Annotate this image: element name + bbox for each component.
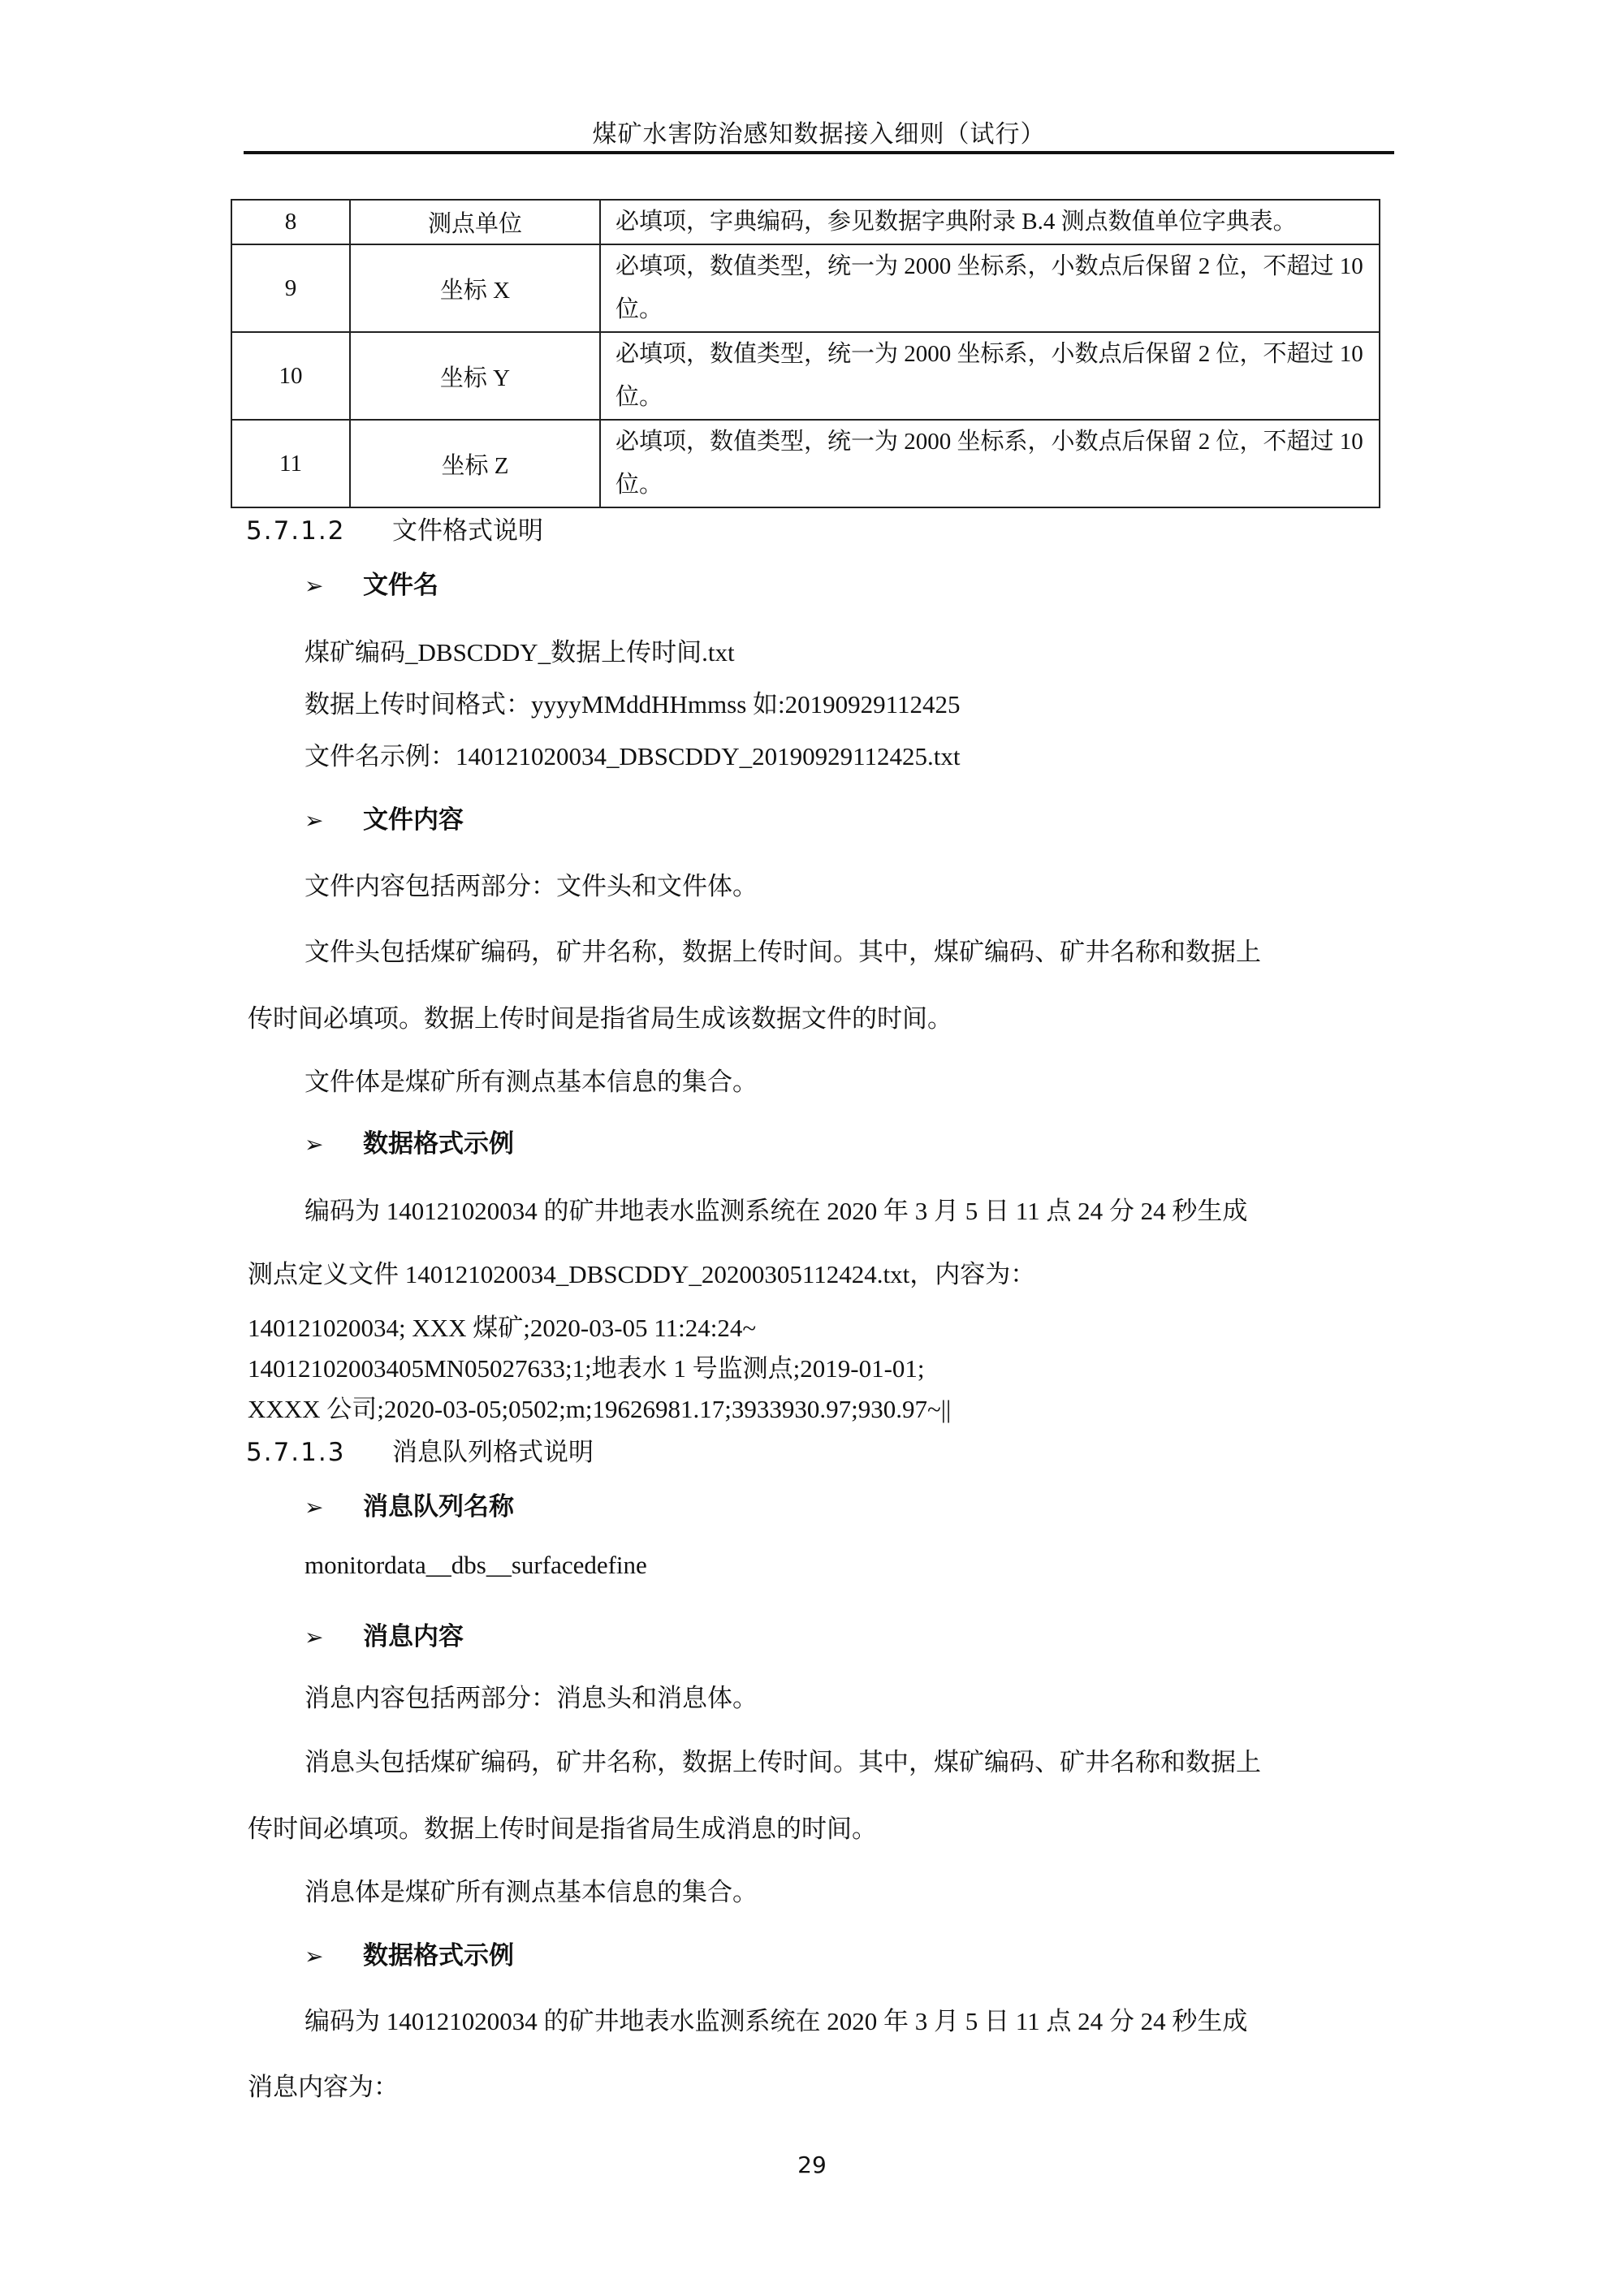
field-name: 坐标 X (350, 244, 600, 332)
paragraph: 编码为 140121020034 的矿井地表水监测系统在 2020 年 3 月 … (304, 2000, 1247, 2037)
paragraph-continuation: 消息内容为： (248, 2066, 399, 2103)
paragraph: 消息内容包括两部分：消息头和消息体。 (304, 1677, 758, 1714)
row-number: 8 (231, 200, 350, 244)
arrow-bullet-icon: ➢ (304, 807, 363, 834)
field-name: 坐标 Z (350, 420, 600, 507)
queue-name-value: monitordata__dbs__surfacedefine (304, 1551, 647, 1580)
field-description: 必填项，数值类型，统一为 2000 坐标系，小数点后保留 2 位，不超过 10 … (600, 244, 1380, 332)
table-row: 8 测点单位 必填项，字典编码，参见数据字典附录 B.4 测点数值单位字典表。 (231, 200, 1380, 244)
table-row: 10 坐标 Y 必填项，数值类型，统一为 2000 坐标系，小数点后保留 2 位… (231, 332, 1380, 420)
subheading-label: 文件内容 (363, 805, 464, 835)
subheading-message-content: ➢消息内容 (304, 1616, 464, 1652)
field-description: 必填项，字典编码，参见数据字典附录 B.4 测点数值单位字典表。 (600, 200, 1380, 244)
section-number: 5.7.1.3 (246, 1438, 392, 1467)
upload-time-format: 数据上传时间格式：yyyyMMddHHmmss 如:20190929112425 (304, 684, 960, 720)
paragraph: 编码为 140121020034 的矿井地表水监测系统在 2020 年 3 月 … (304, 1190, 1247, 1227)
row-number: 10 (231, 332, 350, 420)
field-name: 测点单位 (350, 200, 600, 244)
paragraph-continuation: 测点定义文件 140121020034_DBSCDDY_202003051124… (248, 1254, 1035, 1290)
paragraph-continuation: 传时间必填项。数据上传时间是指省局生成该数据文件的时间。 (248, 998, 952, 1034)
subheading-label: 数据格式示例 (363, 1129, 514, 1159)
subheading-label: 消息内容 (363, 1622, 464, 1651)
arrow-bullet-icon: ➢ (304, 1494, 363, 1521)
subheading-data-example: ➢数据格式示例 (304, 1123, 514, 1159)
code-sample-line: 140121020034; XXX 煤矿;2020-03-05 11:24:24… (248, 1307, 756, 1344)
arrow-bullet-icon: ➢ (304, 1131, 363, 1158)
row-number: 9 (231, 244, 350, 332)
field-description: 必填项，数值类型，统一为 2000 坐标系，小数点后保留 2 位，不超过 10 … (600, 420, 1380, 507)
code-sample-line: 14012102003405MN05027633;1;地表水 1 号监测点;20… (248, 1348, 925, 1384)
subheading-file-content: ➢文件内容 (304, 799, 464, 835)
field-description: 必填项，数值类型，统一为 2000 坐标系，小数点后保留 2 位，不超过 10 … (600, 332, 1380, 420)
subheading-data-example: ➢数据格式示例 (304, 1935, 514, 1971)
arrow-bullet-icon: ➢ (304, 1624, 363, 1651)
field-name: 坐标 Y (350, 332, 600, 420)
arrow-bullet-icon: ➢ (304, 1943, 363, 1970)
section-title: 文件格式说明 (392, 516, 543, 546)
subheading-label: 文件名 (363, 571, 438, 600)
paragraph: 文件头包括煤矿编码，矿井名称，数据上传时间。其中，煤矿编码、矿井名称和数据上 (304, 931, 1261, 968)
filename-pattern: 煤矿编码_DBSCDDY_数据上传时间.txt (304, 632, 735, 668)
section-title: 消息队列格式说明 (392, 1438, 594, 1467)
paragraph: 消息体是煤矿所有测点基本信息的集合。 (304, 1871, 758, 1908)
subheading-filename: ➢文件名 (304, 564, 438, 601)
subheading-queue-name: ➢消息队列名称 (304, 1486, 514, 1522)
page-number: 29 (0, 2151, 1624, 2178)
table-row: 9 坐标 X 必填项，数值类型，统一为 2000 坐标系，小数点后保留 2 位，… (231, 244, 1380, 332)
table-row: 11 坐标 Z 必填项，数值类型，统一为 2000 坐标系，小数点后保留 2 位… (231, 420, 1380, 507)
code-sample-line: XXXX 公司;2020-03-05;0502;m;19626981.17;39… (248, 1388, 951, 1425)
section-heading-5712: 5.7.1.2文件格式说明 (246, 510, 543, 546)
paragraph: 消息头包括煤矿编码，矿井名称，数据上传时间。其中，煤矿编码、矿井名称和数据上 (304, 1741, 1261, 1778)
filename-example: 文件名示例：140121020034_DBSCDDY_2019092911242… (304, 736, 960, 772)
paragraph-continuation: 传时间必填项。数据上传时间是指省局生成消息的时间。 (248, 1808, 877, 1845)
paragraph: 文件内容包括两部分：文件头和文件体。 (304, 865, 758, 902)
section-heading-5713: 5.7.1.3消息队列格式说明 (246, 1431, 594, 1468)
paragraph: 文件体是煤矿所有测点基本信息的集合。 (304, 1061, 758, 1098)
section-number: 5.7.1.2 (246, 516, 392, 546)
subheading-label: 消息队列名称 (363, 1492, 514, 1521)
row-number: 11 (231, 420, 350, 507)
running-header: 煤矿水害防治感知数据接入细则（试行） (244, 114, 1394, 149)
subheading-label: 数据格式示例 (363, 1941, 514, 1970)
field-spec-table: 8 测点单位 必填项，字典编码，参见数据字典附录 B.4 测点数值单位字典表。 … (231, 199, 1380, 508)
header-divider (244, 151, 1394, 154)
arrow-bullet-icon: ➢ (304, 572, 363, 599)
